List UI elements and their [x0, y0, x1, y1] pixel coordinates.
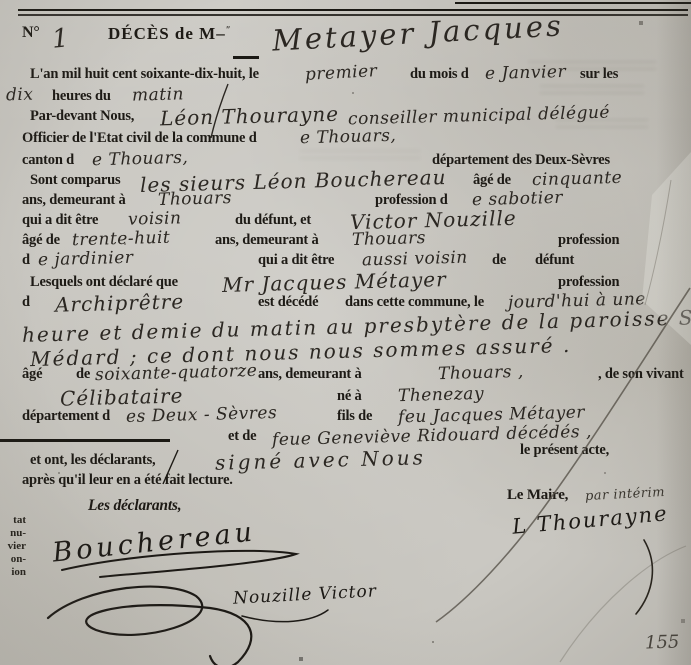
bleed-through-smudge: [300, 150, 420, 159]
printed-segment: qui a dit être: [22, 212, 98, 229]
handwritten-deceased-profession: Archiprêtre: [55, 289, 185, 316]
printed-segment: heures du: [52, 88, 111, 105]
printed-segment: défunt: [535, 252, 574, 269]
signature-flourish: [242, 610, 328, 622]
declarant1-signature: Bouchereau: [51, 516, 257, 568]
printed-segment: qui a dit être: [258, 252, 334, 269]
printed-segment: ans, demeurant à: [22, 192, 126, 209]
printed-segment: de: [76, 366, 90, 383]
printed-segment: et ont, les déclarants,: [30, 452, 155, 469]
handwritten-profession: e jardinier: [38, 248, 134, 270]
handwritten-residence: Thouars: [158, 188, 232, 210]
margin-fragment: nu-: [0, 527, 26, 540]
handwritten-officiant-name: Léon Thourayne: [160, 102, 340, 131]
printed-segment: Officier de l'Etat civil de la commune d: [22, 130, 257, 147]
printed-segment: profession: [558, 274, 619, 291]
act-number-label: N°: [22, 24, 40, 42]
form-title: DÉCÈS de M–ʺ: [108, 24, 231, 44]
handwritten-deceased-fullname: Mr Jacques Métayer: [222, 267, 447, 297]
mayor-label: Le Maire,: [507, 487, 568, 504]
bleed-through-smudge: [528, 58, 656, 70]
page-number: 155: [645, 632, 680, 654]
printed-segment: canton d: [22, 152, 74, 169]
margin-fragment: ion: [0, 566, 26, 579]
printed-segment: est décédé: [258, 294, 318, 311]
printed-segment: Lesquels ont déclaré que: [30, 274, 178, 291]
handwritten-residence: Thouars ,: [438, 362, 524, 384]
name-underline: [233, 56, 259, 59]
printed-segment: âgé de: [473, 172, 511, 189]
handwritten-canton: e Thouars,: [92, 148, 189, 171]
top-double-rule-lower: [18, 14, 688, 16]
printed-segment: du mois d: [410, 66, 469, 83]
handwritten-witness2-age: trente-huit: [72, 228, 171, 251]
printed-segment: du défunt, et: [235, 212, 311, 229]
bleed-through-smudge: [540, 84, 644, 94]
handwritten-department: es Deux - Sèvres: [126, 403, 278, 427]
printed-segment: d: [22, 252, 30, 269]
printed-segment: Par-devant Nous,: [30, 108, 134, 125]
printed-segment: âgé: [22, 366, 42, 383]
handwritten-hour: dix: [6, 85, 34, 106]
handwritten-relation: voisin: [128, 208, 182, 229]
handwritten-day: premier: [305, 61, 378, 85]
printed-segment: profession: [558, 232, 619, 249]
top-rule-segment: [455, 2, 691, 4]
handwritten-deceased-age: soixante-quatorze: [95, 361, 258, 385]
handwritten-interim-note: par intérim: [585, 485, 666, 504]
handwritten-birthplace: Thenezay: [398, 384, 485, 406]
handwritten-residence: Thouars: [352, 228, 426, 250]
handwritten-deceased-name: Metayer Jacques: [271, 8, 564, 57]
printed-segment: département d: [22, 408, 110, 425]
printed-segment: ans, demeurant à: [258, 366, 362, 383]
margin-fragment: on-: [0, 553, 26, 566]
paper-specks: [0, 0, 2, 2]
printed-segment: fils de: [337, 408, 372, 425]
printed-segment: Sont comparus: [30, 172, 120, 189]
act-number: 1: [51, 23, 71, 54]
bleed-through-smudge: [556, 118, 648, 128]
top-double-rule-upper: [18, 9, 688, 11]
margin-fragment: tat: [0, 514, 26, 527]
printed-segment: profession d: [375, 192, 448, 209]
signature-descender: [636, 540, 652, 614]
handwritten-witness1-age: cinquante: [532, 168, 623, 190]
printed-segment: , de son vivant: [598, 366, 684, 383]
printed-segment: né à: [337, 388, 362, 405]
printed-segment: d: [22, 294, 30, 311]
printed-segment: dans cette commune, le: [345, 294, 484, 311]
handwritten-commune: e Thouars,: [300, 126, 397, 149]
printed-segment: âgé de: [22, 232, 60, 249]
printed-segment: de: [492, 252, 506, 269]
margin-fragment: vier: [0, 540, 26, 553]
handwritten-time-of-day: matin: [132, 84, 184, 105]
declarant2-signature: Nouzille Victor: [233, 581, 378, 609]
death-certificate-scan: N° 1 DÉCÈS de M–ʺ Metayer Jacques L'an m…: [0, 0, 691, 665]
printed-segment: ans, demeurant à: [215, 232, 319, 249]
printed-department: département des Deux-Sèvres: [432, 152, 610, 169]
handwritten-signed-with-us: signé avec Nous: [215, 445, 426, 475]
printed-segment: L'an mil huit cent soixante-dix-huit, le: [30, 66, 259, 83]
signature-paraph: [48, 587, 251, 665]
